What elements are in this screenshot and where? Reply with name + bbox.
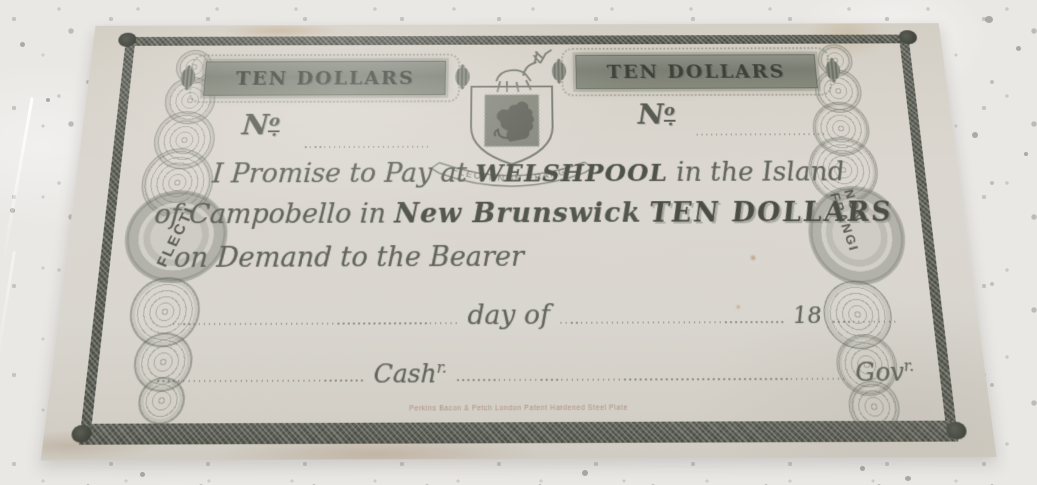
promise-text: of Campobello in [153, 199, 395, 230]
year-prefix: 18 [782, 303, 833, 329]
date-line: day of 18 [172, 299, 897, 333]
governor-text: Gov [854, 357, 906, 387]
lion-shield-icon [471, 86, 553, 164]
signature-line: Cashr. Govr. [156, 357, 926, 390]
cashier-sup: r. [437, 360, 447, 377]
date-blank-line [173, 322, 457, 325]
serial-number-line-left [305, 146, 430, 148]
promise-line-1: I Promise to Pay at WELSHPOOL in the Isl… [162, 157, 895, 189]
serial-number-label-right: No. [637, 99, 674, 131]
no-dot: . [271, 122, 278, 141]
governor-label: Govr. [843, 357, 926, 387]
border-band-bottom [79, 421, 959, 445]
province-name: New Brunswick [394, 198, 642, 229]
counter-speckle [1024, 152, 1028, 156]
sleeve-edge-highlight [0, 251, 16, 390]
year-blank-line [833, 321, 897, 323]
date-blank-line [560, 321, 783, 324]
no-dot: . [667, 112, 674, 130]
day-of-label: day of [457, 300, 560, 331]
promise-text: in the Island [667, 158, 846, 188]
promise-text: I Promise to Pay at [211, 159, 476, 189]
counter-speckle [20, 42, 25, 47]
governor-sup: r. [903, 358, 915, 375]
counter-speckle [1016, 46, 1021, 51]
counter-speckle [985, 16, 993, 23]
counter-speckle [582, 470, 588, 476]
counter-speckle [46, 98, 50, 102]
counter-speckle [972, 132, 978, 138]
sleeve-edge-highlight [1, 97, 33, 265]
banner-right-text: TEN DOLLARS [606, 61, 786, 83]
place-name: WELSHPOOL [475, 159, 668, 187]
counter-speckle [860, 466, 865, 471]
cashier-blank-line [157, 379, 363, 382]
cashier-text: Cash [373, 359, 437, 389]
promise-line-3: on Demand to the Bearer [173, 242, 525, 274]
finial-icon [180, 68, 196, 88]
photo-scene: FLECTI NON FRANGI [0, 0, 1037, 485]
denomination-banner-right: TEN DOLLARS [576, 55, 816, 88]
amount-text: TEN DOLLARS [649, 197, 895, 228]
counter-speckle [140, 472, 145, 477]
promise-line-2: of Campobello in New Brunswick TEN DOLLA… [148, 197, 900, 230]
no-n: N [241, 109, 270, 141]
no-n: N [637, 99, 665, 131]
printer-imprint: Perkins Bacon & Petch London Patent Hard… [101, 403, 935, 414]
serial-number-label-left: No. [241, 109, 279, 142]
note-content: FLECTI NON FRANGI [101, 50, 936, 417]
counter-speckle [905, 476, 911, 481]
serial-number-line-right [697, 133, 826, 135]
governor-blank-line [457, 378, 846, 382]
banner-left-text: TEN DOLLARS [235, 67, 415, 89]
finial-icon [552, 61, 567, 81]
denomination-banner-left: TEN DOLLARS [204, 62, 445, 95]
banknote: FLECTI NON FRANGI [41, 23, 997, 460]
cashier-label: Cashr. [363, 359, 458, 389]
